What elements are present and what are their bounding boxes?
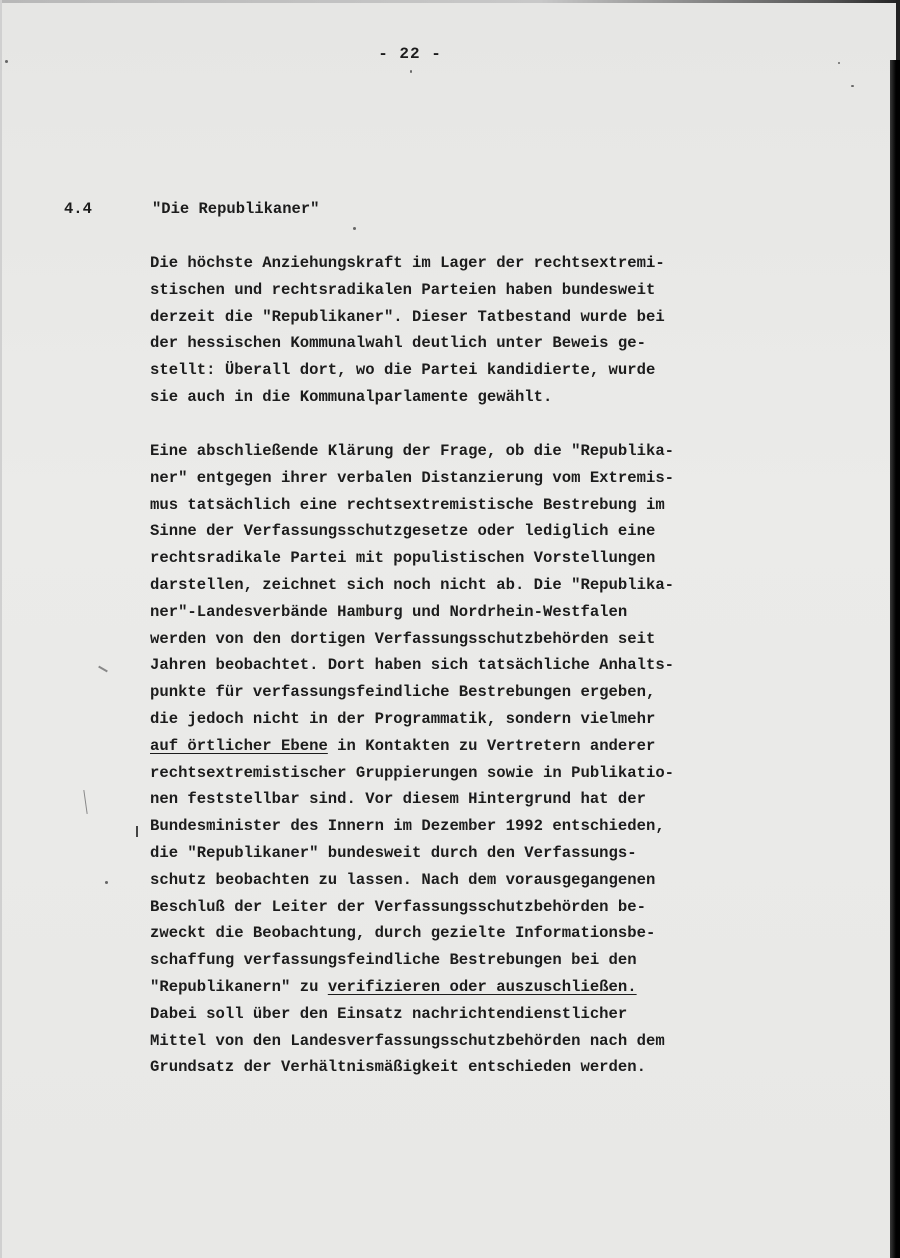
text-line: die jedoch nicht in der Programmatik, so… — [150, 706, 770, 733]
text-line: auf örtlicher Ebene in Kontakten zu Vert… — [150, 733, 770, 760]
underlined-text: auf örtlicher Ebene — [150, 737, 328, 755]
text-line: darstellen, zeichnet sich noch nicht ab.… — [150, 572, 770, 599]
text-line: rechtsextremistischer Gruppierungen sowi… — [150, 760, 770, 787]
scan-mark — [83, 790, 87, 814]
scan-speck — [105, 881, 108, 884]
scan-speck — [353, 227, 356, 230]
text-line: mus tatsächlich eine rechtsextremistisch… — [150, 492, 770, 519]
underlined-text: verifizieren oder auszuschließen. — [328, 978, 637, 996]
text-line: Bundesminister des Innern im Dezember 19… — [150, 813, 770, 840]
text-line: nen feststellbar sind. Vor diesem Hinter… — [150, 786, 770, 813]
scan-right-edge-top — [896, 0, 900, 60]
scan-right-edge — [890, 60, 900, 1258]
page-number: - 22 - — [0, 45, 820, 63]
text-line: Jahren beobachtet. Dort haben sich tatsä… — [150, 652, 770, 679]
text-line: Eine abschließende Klärung der Frage, ob… — [150, 438, 770, 465]
text-line: stellt: Überall dort, wo die Partei kand… — [150, 357, 770, 384]
text-line: der hessischen Kommunalwahl deutlich unt… — [150, 330, 770, 357]
text-line: Grundsatz der Verhältnismäßigkeit entsch… — [150, 1054, 770, 1081]
scanned-page: - 22 - 4.4 "Die Republikaner" Die höchst… — [0, 0, 900, 1258]
scan-mark — [98, 666, 108, 673]
scan-top-edge — [0, 0, 900, 3]
scan-speck — [410, 70, 412, 73]
scan-speck — [5, 60, 8, 63]
text-line: ner" entgegen ihrer verbalen Distanzieru… — [150, 465, 770, 492]
text-line: zweckt die Beobachtung, durch gezielte I… — [150, 920, 770, 947]
text-line: schaffung verfassungsfeindliche Bestrebu… — [150, 947, 770, 974]
text-line: sie auch in die Kommunalparlamente gewäh… — [150, 384, 770, 411]
text-line: stischen und rechtsradikalen Parteien ha… — [150, 277, 770, 304]
text-line: Mittel von den Landesverfassungsschutzbe… — [150, 1028, 770, 1055]
text-line: rechtsradikale Partei mit populistischen… — [150, 545, 770, 572]
paragraph-2: Eine abschließende Klärung der Frage, ob… — [150, 438, 770, 1081]
text-line: derzeit die "Republikaner". Dieser Tatbe… — [150, 304, 770, 331]
scan-mark — [136, 826, 138, 837]
section-title: "Die Republikaner" — [152, 200, 319, 218]
scan-speck — [851, 85, 854, 87]
text-line: Sinne der Verfassungsschutzgesetze oder … — [150, 518, 770, 545]
scan-speck — [838, 62, 840, 64]
text-line: punkte für verfassungsfeindliche Bestreb… — [150, 679, 770, 706]
scan-left-edge — [0, 0, 2, 1258]
text-line: werden von den dortigen Verfassungsschut… — [150, 626, 770, 653]
text-line: Dabei soll über den Einsatz nachrichtend… — [150, 1001, 770, 1028]
text-line: die "Republikaner" bundesweit durch den … — [150, 840, 770, 867]
text-line: Die höchste Anziehungskraft im Lager der… — [150, 250, 770, 277]
text-line: "Republikanern" zu verifizieren oder aus… — [150, 974, 770, 1001]
text-line: ner"-Landesverbände Hamburg und Nordrhei… — [150, 599, 770, 626]
paragraph-1: Die höchste Anziehungskraft im Lager der… — [150, 250, 770, 411]
text-line: schutz beobachten zu lassen. Nach dem vo… — [150, 867, 770, 894]
text-line: Beschluß der Leiter der Verfassungsschut… — [150, 894, 770, 921]
section-number: 4.4 — [64, 200, 92, 218]
